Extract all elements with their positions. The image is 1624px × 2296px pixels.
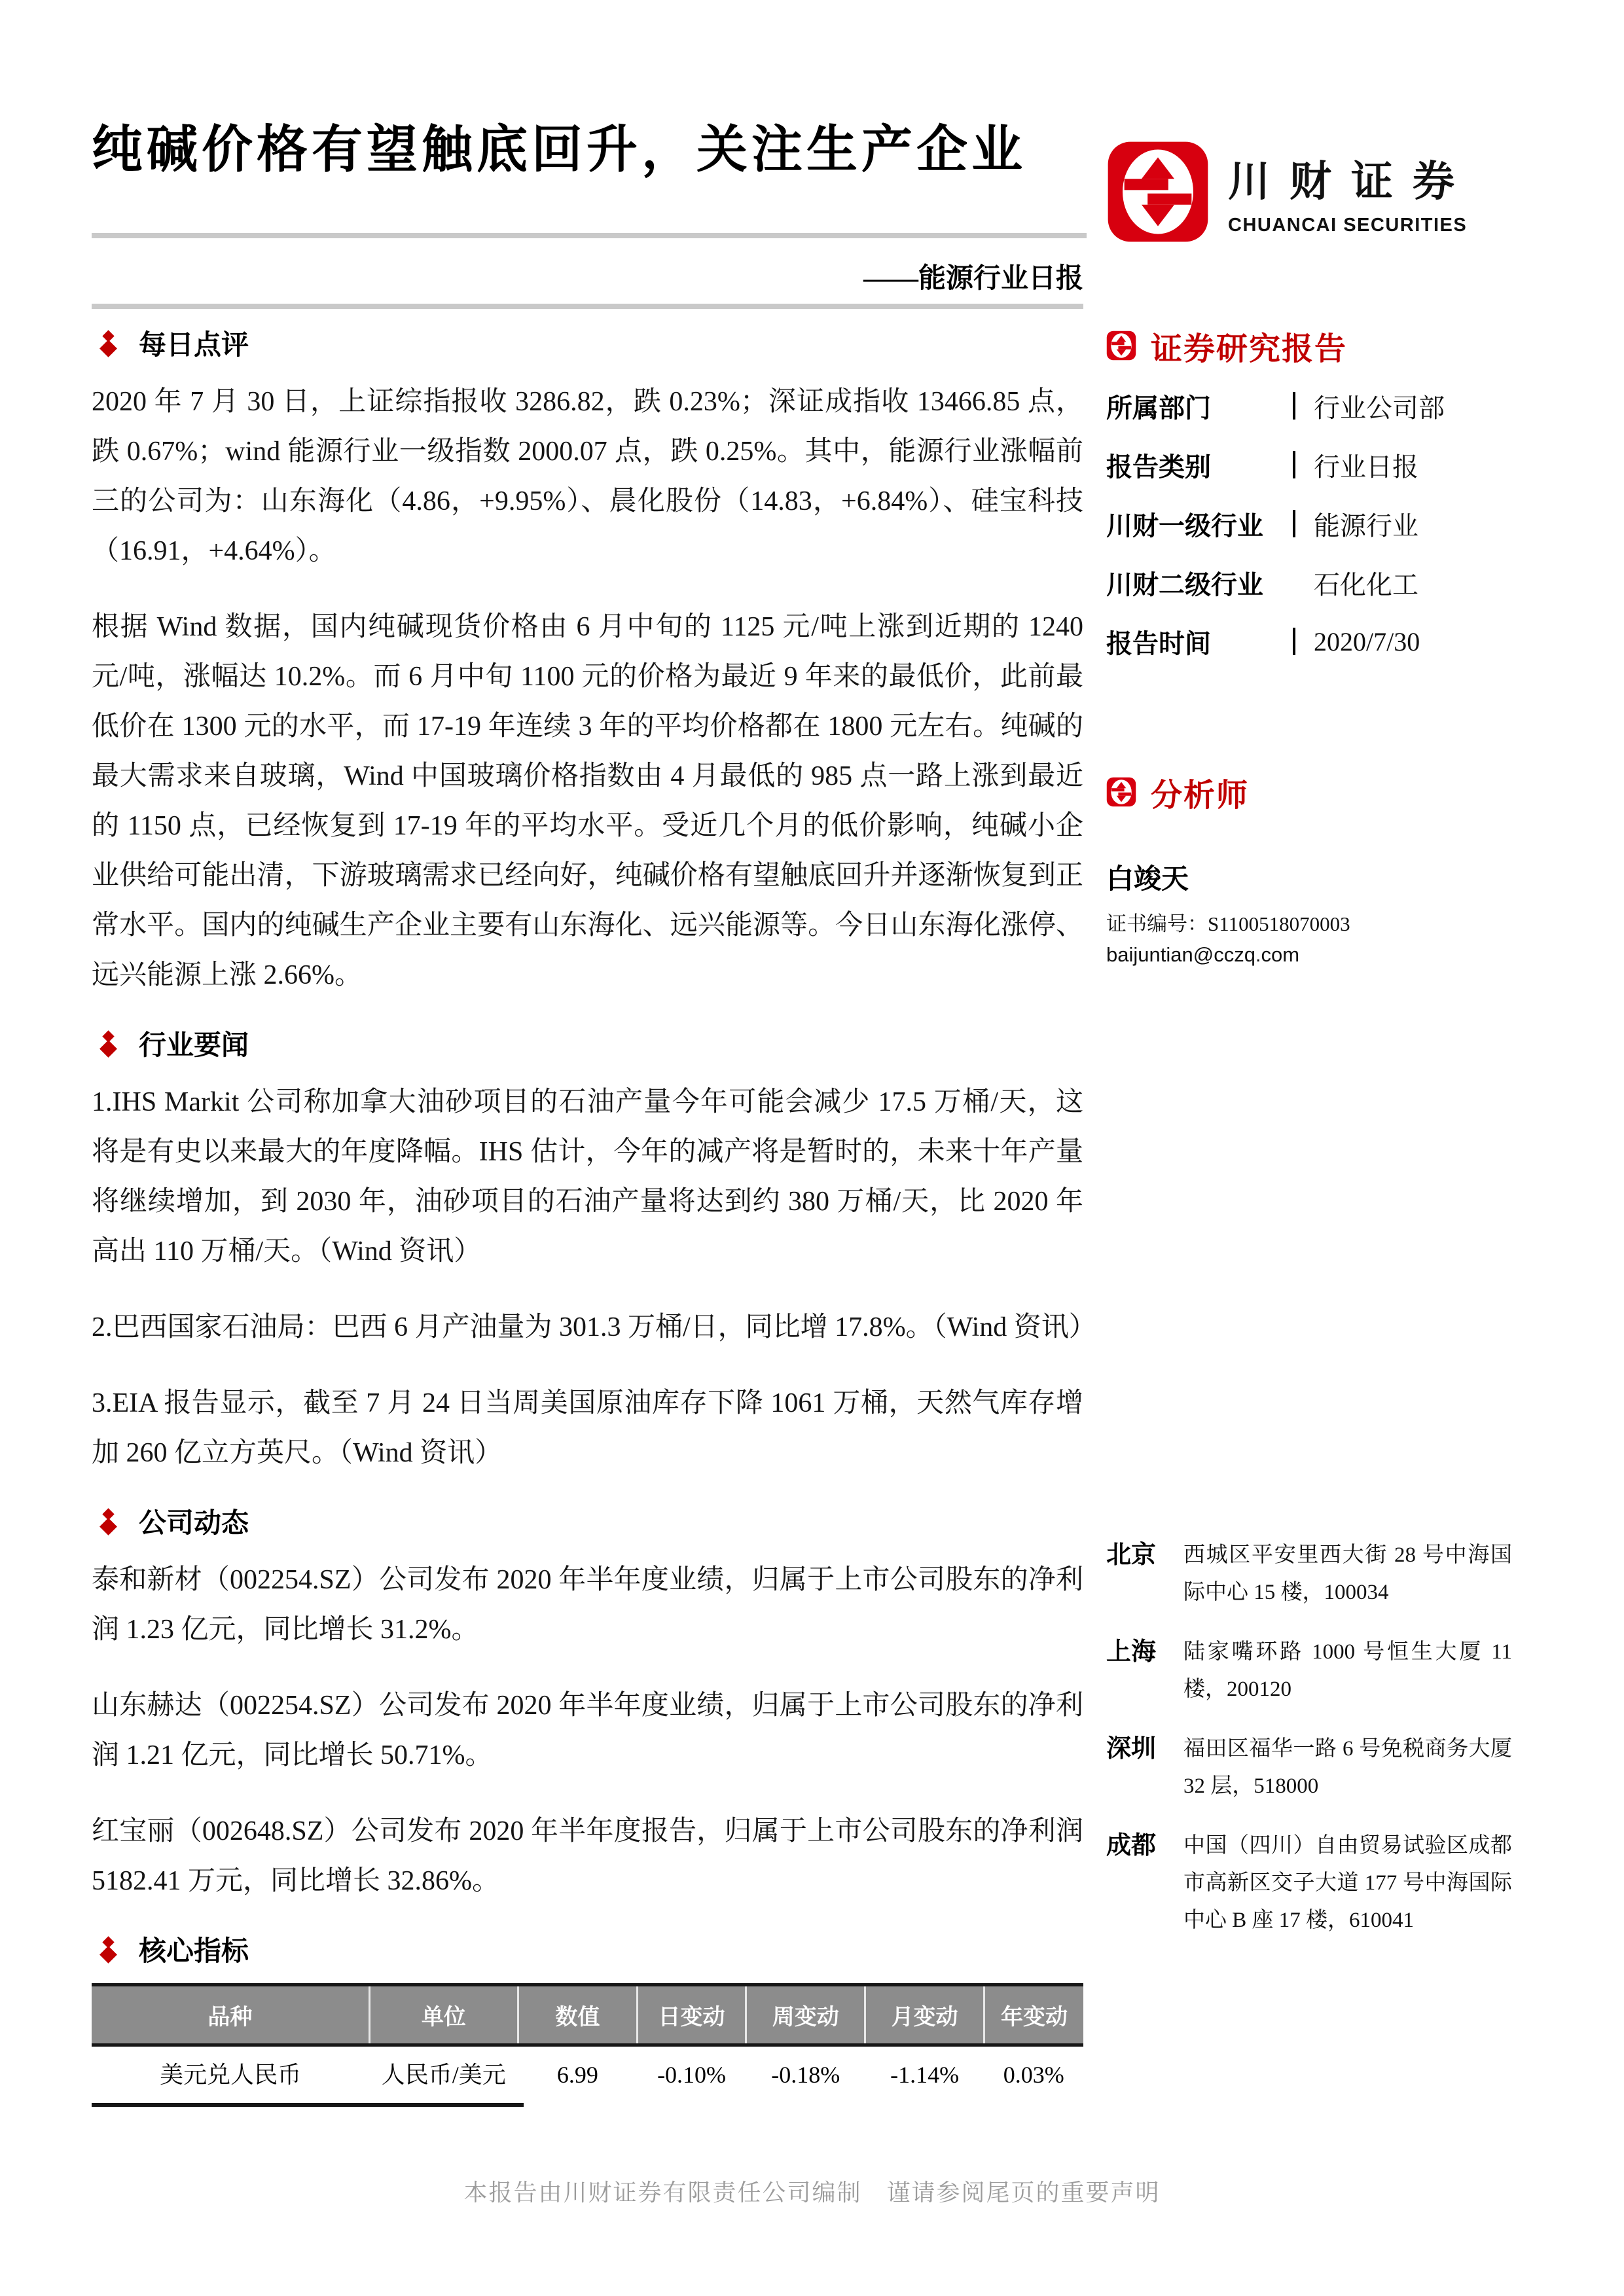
office-address: 中国（四川）自由贸易试验区成都市高新区交子大道 177 号中海国际中心 B 座 …: [1183, 1827, 1512, 1939]
indicator-month-change: -1.14%: [865, 2045, 984, 2104]
section-title: 核心指标: [139, 1929, 249, 1969]
column-header: 周变动: [746, 1985, 865, 2045]
diamond-bullet-icon: [98, 1938, 118, 1961]
report-type-badge: 证券研究报告: [1106, 327, 1558, 364]
paragraph: 1.IHS Markit 公司称加拿大油砂项目的石油产量今年可能会减少 17.5…: [92, 1077, 1083, 1276]
brand-text: 川财证券 CHUANCAI SECURITIES: [1228, 148, 1474, 236]
section-title: 行业要闻: [139, 1024, 249, 1063]
office-address: 陆家嘴环路 1000 号恒生大厦 11 楼，200120: [1183, 1634, 1512, 1708]
sidebar: 证券研究报告 所属部门 行业公司部 报告类别 行业日报 川财一级行业 能源行业 …: [1106, 327, 1558, 967]
column-header: 数值: [518, 1985, 637, 2045]
separator-pipe: [1293, 628, 1295, 655]
brand-name-en: CHUANCAI SECURITIES: [1228, 215, 1474, 236]
indicator-name: 美元兑人民币: [92, 2045, 369, 2104]
brand-name-cn: 川财证券: [1228, 148, 1474, 208]
office-city: 成都: [1106, 1827, 1183, 1939]
meta-row-department: 所属部门 行业公司部: [1106, 389, 1558, 423]
brand-logo: 川财证券 CHUANCAI SECURITIES: [1106, 136, 1551, 247]
indicator-week-change: -0.18%: [746, 2045, 865, 2104]
separator-pipe: [1293, 510, 1295, 537]
paragraph: 2.巴西国家石油局：巴西 6 月产油量为 301.3 万桶/日，同比增 17.8…: [92, 1302, 1083, 1352]
disclaimer-footer: 本报告由川财证券有限责任公司编制 谨请参阅尾页的重要声明: [0, 2174, 1624, 2208]
analyst-badge-label: 分析师: [1151, 770, 1249, 815]
analyst-cert-number: 证书编号：S1100518070003: [1106, 907, 1558, 937]
office-chengdu: 成都 中国（四川）自由贸易试验区成都市高新区交子大道 177 号中海国际中心 B…: [1106, 1827, 1512, 1939]
section-title: 每日点评: [139, 323, 249, 363]
report-meta: 所属部门 行业公司部 报告类别 行业日报 川财一级行业 能源行业 川财二级行业 …: [1106, 389, 1558, 658]
office-city: 深圳: [1106, 1731, 1183, 1805]
section-title: 公司动态: [139, 1501, 249, 1541]
separator-pipe: [1293, 451, 1295, 478]
indicator-year-change: 0.03%: [984, 2045, 1083, 2104]
analyst-name: 白竣天: [1106, 857, 1558, 897]
section-header-news: 行业要闻: [98, 1026, 1083, 1060]
diamond-bullet-icon: [98, 332, 118, 355]
table-header-row: 品种 单位 数值 日变动 周变动 月变动 年变动: [92, 1985, 1083, 2045]
separator-pipe: [1293, 392, 1295, 420]
office-city: 北京: [1106, 1537, 1183, 1611]
office-beijing: 北京 西城区平安里西大街 28 号中海国际中心 15 楼，100034: [1106, 1537, 1512, 1611]
analyst-badge: 分析师: [1106, 774, 1558, 810]
meta-row-report-date: 报告时间 2020/7/30: [1106, 624, 1558, 658]
subtitle-divider: [92, 304, 1083, 309]
core-indicators-table: 品种 单位 数值 日变动 周变动 月变动 年变动 美元兑人民币 人民币/美元 6…: [92, 1983, 1083, 2103]
report-badge-label: 证券研究报告: [1151, 323, 1347, 368]
meta-label: 报告时间: [1106, 623, 1293, 660]
office-list: 北京 西城区平安里西大街 28 号中海国际中心 15 楼，100034 上海 陆…: [1106, 1537, 1512, 1962]
analyst-email: baijuntian@cczq.com: [1106, 943, 1558, 967]
meta-value: 行业日报: [1314, 446, 1418, 484]
paragraph: 泰和新材（002254.SZ）公司发布 2020 年半年度业绩，归属于上市公司股…: [92, 1555, 1083, 1655]
office-address: 西城区平安里西大街 28 号中海国际中心 15 楼，100034: [1183, 1537, 1512, 1611]
paragraph: 山东赫达（002254.SZ）公司发布 2020 年半年度业绩，归属于上市公司股…: [92, 1681, 1083, 1780]
paragraph: 2020 年 7 月 30 日，上证综指报收 3286.82，跌 0.23%；深…: [92, 377, 1083, 576]
meta-value: 能源行业: [1314, 505, 1418, 543]
section-header-company: 公司动态: [98, 1504, 1083, 1538]
office-city: 上海: [1106, 1634, 1183, 1708]
report-badge-icon: [1106, 331, 1136, 361]
page-title: 纯碱价格有望触底回升，关注生产企业: [92, 119, 1113, 181]
meta-row-industry-level2: 川财二级行业 石化化工: [1106, 565, 1558, 600]
paragraph: 红宝丽（002648.SZ）公司发布 2020 年半年度报告，归属于上市公司股东…: [92, 1806, 1083, 1906]
paragraph: 根据 Wind 数据，国内纯碱现货价格由 6 月中旬的 1125 元/吨上涨到近…: [92, 602, 1083, 1000]
meta-label: 所属部门: [1106, 387, 1293, 425]
main-content: 每日点评 2020 年 7 月 30 日，上证综指报收 3286.82，跌 0.…: [92, 321, 1083, 2107]
meta-row-industry-level1: 川财一级行业 能源行业: [1106, 507, 1558, 541]
table-row: 美元兑人民币 人民币/美元 6.99 -0.10% -0.18% -1.14% …: [92, 2045, 1083, 2104]
office-shenzhen: 深圳 福田区福华一路 6 号免税商务大厦 32 层，518000: [1106, 1731, 1512, 1805]
indicator-unit: 人民币/美元: [369, 2045, 518, 2104]
paragraph: 3.EIA 报告显示，截至 7 月 24 日当周美国原油库存下降 1061 万桶…: [92, 1378, 1083, 1478]
column-header: 单位: [369, 1985, 518, 2045]
report-page: 纯碱价格有望触底回升，关注生产企业 川财证券 CHUANCAI SECURITI…: [0, 0, 1624, 2296]
column-header: 日变动: [637, 1985, 746, 2045]
office-address: 福田区福华一路 6 号免税商务大厦 32 层，518000: [1183, 1731, 1512, 1805]
diamond-bullet-icon: [98, 1032, 118, 1055]
column-header: 品种: [92, 1985, 369, 2045]
table-bottom-border: [92, 2103, 524, 2107]
office-shanghai: 上海 陆家嘴环路 1000 号恒生大厦 11 楼，200120: [1106, 1634, 1512, 1708]
analyst-badge-icon: [1106, 777, 1136, 807]
meta-value: 行业公司部: [1314, 387, 1445, 425]
meta-label: 川财二级行业: [1106, 564, 1293, 601]
meta-value: 石化化工: [1314, 564, 1418, 601]
indicator-day-change: -0.10%: [637, 2045, 746, 2104]
meta-label: 川财一级行业: [1106, 505, 1293, 543]
diamond-bullet-icon: [98, 1510, 118, 1533]
meta-value: 2020/7/30: [1314, 626, 1420, 657]
column-header: 年变动: [984, 1985, 1083, 2045]
meta-label: 报告类别: [1106, 446, 1293, 484]
section-header-daily: 每日点评: [98, 326, 1083, 360]
section-header-metrics: 核心指标: [98, 1932, 1083, 1966]
report-subtitle: ——能源行业日报: [92, 257, 1083, 296]
meta-row-category: 报告类别 行业日报: [1106, 448, 1558, 482]
column-header: 月变动: [865, 1985, 984, 2045]
title-divider: [92, 233, 1087, 238]
indicator-value: 6.99: [518, 2045, 637, 2104]
brand-logo-icon: [1106, 140, 1210, 243]
